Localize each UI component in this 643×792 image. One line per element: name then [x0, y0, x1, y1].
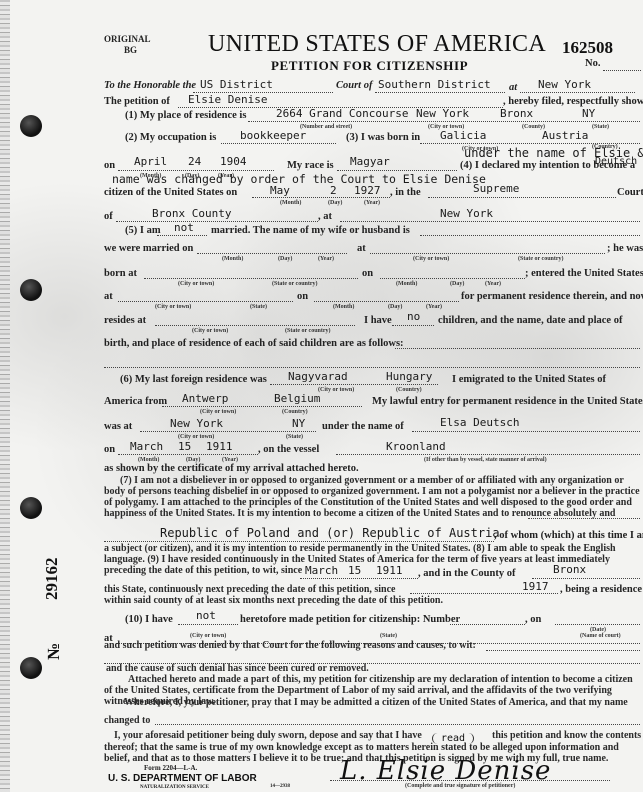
prior-petition-label-b: heretofore made petition for citizenship… [240, 614, 460, 625]
caption: (Day) [328, 200, 342, 206]
scanned-edge [0, 0, 10, 792]
side-no-label: № [44, 643, 64, 660]
vessel-label: , on the vessel [258, 444, 319, 455]
number-label: No. [585, 58, 600, 69]
residence-county-field: Bronx [500, 107, 533, 120]
entry-year-field: 1911 [206, 440, 233, 453]
caption: (Name of court) [580, 633, 621, 639]
race-label: My race is [287, 160, 334, 171]
caption: (State) [380, 633, 397, 639]
denied-label: and such petition was denied by that Cou… [104, 640, 476, 651]
birth-year-field: 1904 [220, 155, 247, 168]
caption: (State or country) [285, 328, 331, 334]
last-residence-city-field: Nagyvarad [288, 370, 348, 383]
caption: (Month) [333, 304, 354, 310]
being-residence-label: , being a residence [560, 584, 642, 595]
caption: (Month) [396, 281, 417, 287]
citizen-on-label: citizen of the United States on [104, 187, 237, 198]
within-county-label: within said county of at least six month… [104, 595, 443, 606]
print-code: 14—2938 [270, 784, 290, 789]
caption: (Month) [222, 256, 243, 262]
married-label-a: (5) I am [125, 225, 161, 236]
at-label: , at [318, 211, 332, 222]
born-city-field: Galicia [440, 129, 486, 142]
caption: (City or town) [318, 387, 354, 393]
born-in-label: (3) I was born in [346, 132, 420, 143]
prior-petition-field: not [196, 609, 216, 622]
entry-on-label: on [104, 444, 115, 455]
hereby-filed-label: , hereby filed, respectfully shows: [503, 96, 643, 107]
from-country-field: Belgium [274, 392, 320, 405]
certificate-note: as shown by the certificate of my arriva… [104, 463, 359, 474]
married-label-b: married. The name of my wife or husband … [211, 225, 410, 236]
state-since-label: this State, continuously next preceding … [104, 584, 396, 595]
caption: (Year) [318, 256, 334, 262]
petitioner-signature: L. Elsie Denise [340, 756, 551, 786]
entered-on-label: on [297, 291, 308, 302]
petition-of-label: The petition of [104, 96, 170, 107]
was-at-label: was at [104, 421, 132, 432]
petition-number: 162508 [562, 38, 613, 58]
from-city-field: Antwerp [182, 392, 228, 405]
entry-month-field: March [130, 440, 163, 453]
entry-name-field: Elsa Deutsch [440, 416, 519, 429]
birth-on-label: on [104, 160, 115, 171]
resides-at-label: resides at [104, 315, 146, 326]
caption: (City or town) [190, 633, 226, 639]
caption: (If other than by vessel, state manner o… [424, 457, 547, 463]
caption: (City or town) [178, 281, 214, 287]
caption: (City or town) [413, 256, 449, 262]
prior-petition-label-a: (10) I have [125, 614, 173, 625]
caption: (Country) [396, 387, 422, 393]
race-field: Magyar [350, 155, 390, 168]
document-title: UNITED STATES OF AMERICA [208, 31, 546, 58]
service-label: NATURALIZATION SERVICE [140, 785, 209, 790]
document-subtitle: PETITION FOR CITIZENSHIP [271, 58, 468, 74]
punch-hole-icon [20, 657, 42, 679]
original-label: ORIGINAL [104, 34, 151, 44]
permanent-residence-label: for permanent residence therein, and now [461, 291, 643, 302]
declared-overwrite: Deutsch [595, 156, 637, 167]
born-at-label: born at [104, 268, 137, 279]
last-residence-country-field: Hungary [386, 370, 432, 383]
entered-label: ; entered the United States [525, 268, 643, 279]
caption: (State or country) [518, 256, 564, 262]
residence-label: (1) My place of residence is [125, 110, 246, 121]
entry-state-field: NY [292, 417, 305, 430]
punch-hole-icon [20, 279, 42, 301]
court-of-label: Court of [336, 80, 372, 91]
since-month-field: March [305, 564, 338, 577]
last-residence-label: (6) My last foreign residence was [120, 374, 267, 385]
name-change-note: name was changed by order of the Court t… [112, 172, 486, 186]
birth-month-field: April [134, 155, 167, 168]
declaration-court-field: Supreme [473, 182, 519, 195]
lawful-entry-label: My lawful entry for permanent residence … [372, 396, 643, 407]
side-number: 29162 [42, 558, 62, 601]
county-field: Bronx [553, 563, 586, 576]
court-type-field: US District [200, 78, 273, 91]
married-on-label: we were married on [104, 243, 193, 254]
department-label: U. S. DEPARTMENT OF LABOR [108, 773, 257, 784]
punch-hole-icon [20, 115, 42, 137]
occupation-label: (2) My occupation is [125, 132, 216, 143]
allegiance-paragraph: (7) I am not a disbeliever in or opposed… [104, 475, 640, 519]
he-was-label: ; he was [607, 243, 643, 254]
married-status-field: not [174, 221, 194, 234]
birth-day-field: 24 [188, 155, 201, 168]
emigrated-label: I emigrated to the United States of [452, 374, 606, 385]
in-the-label: , in the [390, 187, 421, 198]
signature-caption: (Complete and true signature of petition… [405, 783, 515, 789]
residence-state-field: NY [582, 107, 595, 120]
children-label-a: I have [364, 315, 392, 326]
petition-document: ORIGINAL BG UNITED STATES OF AMERICA 162… [0, 0, 643, 792]
from-label: America from [104, 396, 167, 407]
court-city-field: New York [538, 78, 591, 91]
caption: (Year) [426, 304, 442, 310]
children-count-field: no [407, 310, 420, 323]
of-label: of [104, 211, 113, 222]
caption: (State) [286, 434, 303, 440]
caption: (State) [592, 124, 609, 130]
declaration-day-field: 2 [330, 184, 337, 197]
renounced-sovereignty-field: Republic of Poland and (or) Republic of … [160, 526, 500, 540]
children-label-c: birth, and place of residence of each of… [104, 338, 404, 349]
residence-city-field: New York [416, 107, 469, 120]
entered-at-label: at [104, 291, 113, 302]
wherefore-paragraph: Wherefore, I, your petitioner, pray that… [124, 697, 640, 708]
since-year-field: 1911 [376, 564, 403, 577]
caption: (Month) [280, 200, 301, 206]
caption: (Year) [364, 200, 380, 206]
sworn-text-a: I, your aforesaid petitioner being duly … [114, 730, 422, 741]
entry-day-field: 15 [178, 440, 191, 453]
vessel-field: Kroonland [386, 440, 446, 453]
since-day-field: 15 [348, 564, 361, 577]
to-honorable-label: To the Honorable the [104, 80, 196, 91]
form-number: Form 2204—L-A. [144, 764, 197, 772]
at-label: at [509, 82, 517, 93]
court-suffix: Court [617, 187, 643, 198]
caption: (State or country) [272, 281, 318, 287]
declaration-city-field: New York [440, 207, 493, 220]
court-district-field: Southern District [378, 78, 491, 91]
residence-street-field: 2664 Grand Concourse [276, 107, 408, 120]
born-country-field: Austria [542, 129, 588, 142]
sworn-text-b: this petition and know the contents [492, 730, 641, 741]
married-at-label: at [357, 243, 366, 254]
declaration-year-field: 1927 [354, 184, 381, 197]
caption: (Day) [388, 304, 402, 310]
punch-hole-icon [20, 497, 42, 519]
entry-city-field: New York [170, 417, 223, 430]
cured-label: and the cause of such denial has since b… [106, 663, 369, 674]
caption: (State) [250, 304, 267, 310]
declaration-month-field: May [270, 184, 290, 197]
caption: (Day) [278, 256, 292, 262]
petitioner-name-field: Elsie Denise [188, 93, 267, 106]
caption: (Country) [282, 409, 308, 415]
under-name-label: under the name of [322, 421, 404, 432]
whom-label: , of whom (which) at this time I am [494, 530, 643, 541]
born-on-label: on [362, 268, 373, 279]
prior-petition-on-label: , on [525, 614, 541, 625]
declaration-county-field: Bronx County [152, 207, 231, 220]
state-since-year-field: 1917 [522, 580, 549, 593]
occupation-field: bookkeeper [240, 129, 306, 142]
caption: (Day) [450, 281, 464, 287]
changed-to-label: changed to [104, 715, 150, 726]
county-label: , and in the County of [418, 568, 515, 579]
caption: (City or town) [155, 304, 191, 310]
children-label-b: children, and the name, date and place o… [438, 315, 622, 326]
caption: (Number and street) [300, 124, 352, 130]
caption: (Year) [485, 281, 501, 287]
original-code: BG [124, 45, 137, 55]
caption: (City or town) [200, 409, 236, 415]
caption: (City or town) [192, 328, 228, 334]
